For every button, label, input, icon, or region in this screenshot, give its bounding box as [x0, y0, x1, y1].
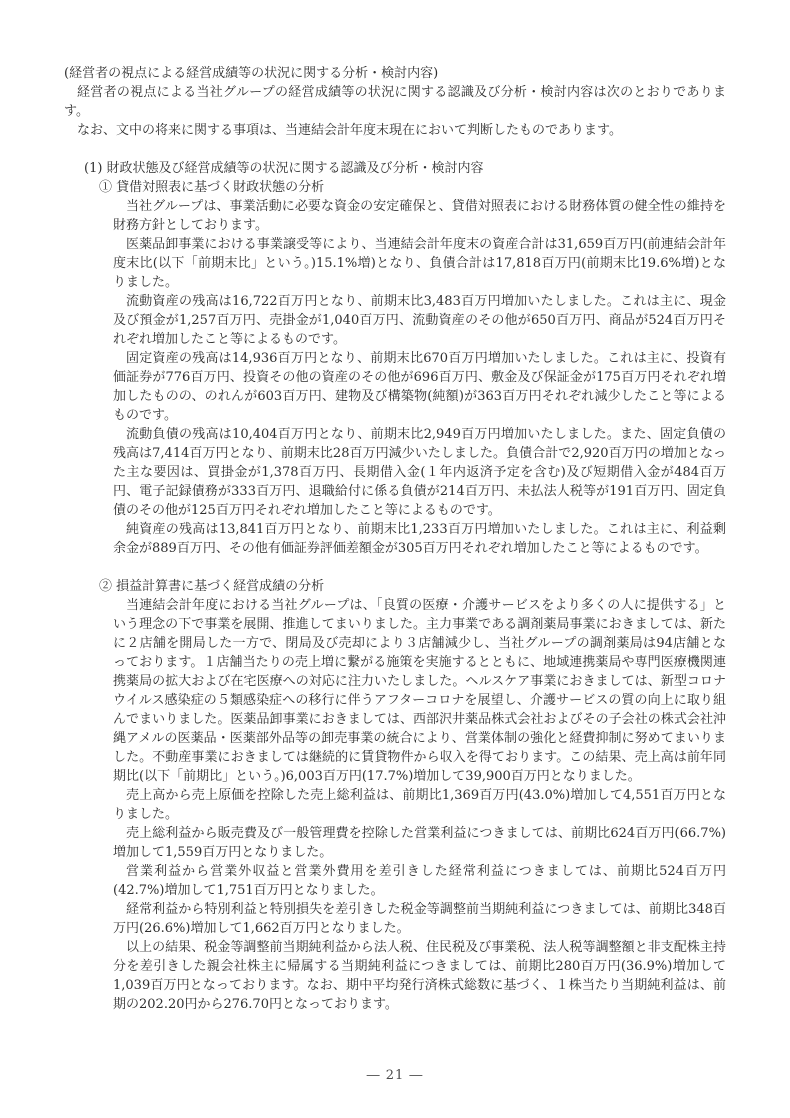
page-number: ― 21 ― [0, 1066, 790, 1085]
paragraph: 経常利益から特別利益と特別損失を差引きした税金等調整前当期純利益につきましては、… [113, 900, 726, 938]
document-title: (経営者の視点による経営成績等の状況に関する分析・検討内容) [64, 64, 726, 83]
section-1-heading: (1) 財政状態及び経営成績等の状況に関する認識及び分析・検討内容 [84, 159, 726, 178]
intro-paragraph: 経営者の視点による当社グループの経営成績等の状況に関する認識及び分析・検討内容は… [64, 83, 726, 121]
paragraph: 売上高から売上原価を控除した売上総利益は、前期比1,369百万円(43.0%)増… [113, 786, 726, 824]
paragraph: 固定資産の残高は14,936百万円となり、前期末比670百万円増加いたしました。… [113, 349, 726, 425]
document-body: (経営者の視点による経営成績等の状況に関する分析・検討内容) 経営者の視点による… [64, 64, 726, 1014]
paragraph: 売上総利益から販売費及び一般管理費を控除した営業利益につきましては、前期比624… [113, 824, 726, 862]
subsection-1-heading: ① 貸借対照表に基づく財政状態の分析 [99, 178, 726, 197]
paragraph: 当連結会計年度における当社グループは、「良質の医療・介護サービスをより多くの人に… [113, 596, 726, 786]
paragraph: 以上の結果、税金等調整前当期純利益から法人税、住民税及び事業税、法人税等調整額と… [113, 938, 726, 1014]
paragraph: 流動資産の残高は16,722百万円となり、前期末比3,483百万円増加いたしまし… [113, 292, 726, 349]
intro-paragraph: なお、文中の将来に関する事項は、当連結会計年度末現在において判断したものでありま… [64, 121, 726, 140]
paragraph: 純資産の残高は13,841百万円となり、前期末比1,233百万円増加いたしました… [113, 520, 726, 558]
paragraph: 医薬品卸事業における事業譲受等により、当連結会計年度末の資産合計は31,659百… [113, 235, 726, 292]
paragraph: 営業利益から営業外収益と営業外費用を差引きした経常利益につきましては、前期比52… [113, 862, 726, 900]
subsection-2-heading: ② 損益計算書に基づく経営成績の分析 [99, 577, 726, 596]
document-page: (経営者の視点による経営成績等の状況に関する分析・検討内容) 経営者の視点による… [0, 0, 790, 1118]
paragraph: 流動負債の残高は10,404百万円となり、前期末比2,949百万円増加いたしまし… [113, 425, 726, 520]
paragraph: 当社グループは、事業活動に必要な資金の安定確保と、貸借対照表における財務体質の健… [113, 197, 726, 235]
